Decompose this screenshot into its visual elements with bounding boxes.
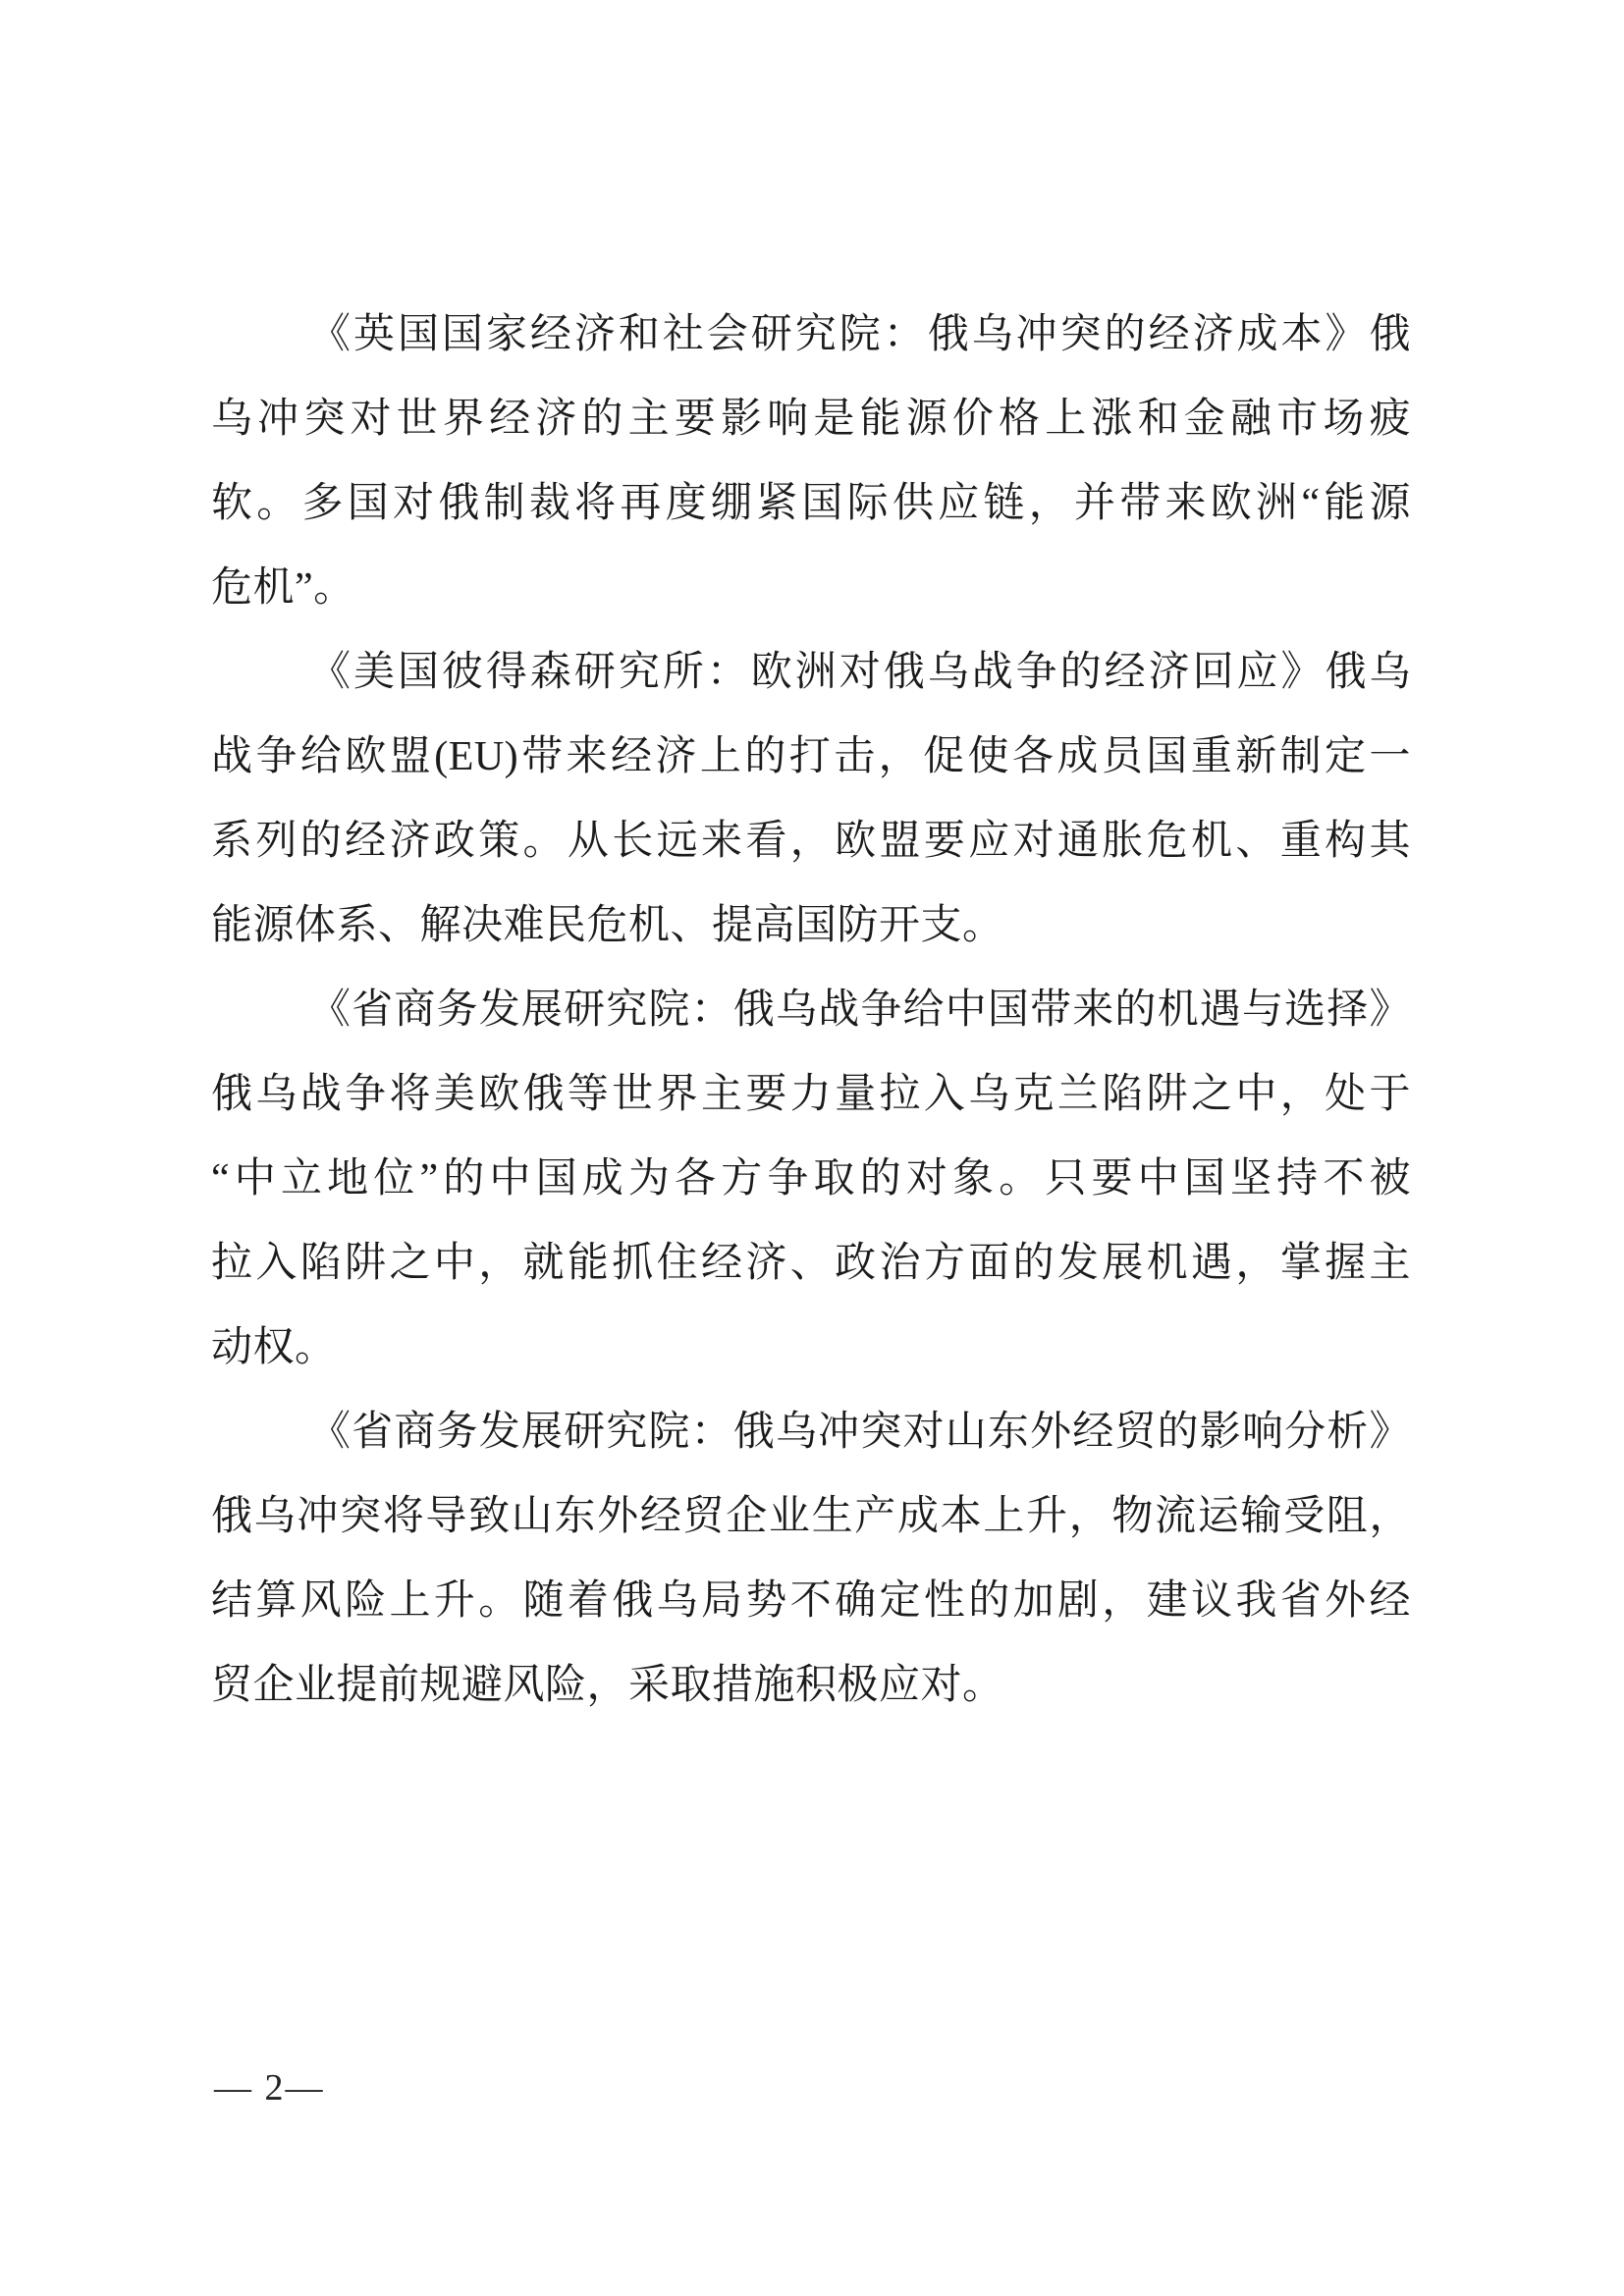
text-line: 软。多国对俄制裁将再度绷紧国际供应链，并带来欧洲“能源: [211, 461, 1411, 546]
document-page: 《英国国家经济和社会研究院：俄乌冲突的经济成本》俄 乌冲突对世界经济的主要影响是…: [0, 0, 1624, 2296]
text-line: 危机”。: [211, 546, 1411, 630]
text-line: 拉入陷阱之中，就能抓住经济、政治方面的发展机遇，掌握主: [211, 1221, 1411, 1306]
text-line: 能源体系、解决难民危机、提高国防开支。: [211, 883, 1411, 968]
text-line: 《英国国家经济和社会研究院：俄乌冲突的经济成本》俄: [211, 293, 1411, 377]
text-line: 俄乌冲突将导致山东外经贸企业生产成本上升，物流运输受阻，: [211, 1474, 1411, 1559]
page-number: — 2—: [214, 2063, 325, 2112]
document-body: 《英国国家经济和社会研究院：俄乌冲突的经济成本》俄 乌冲突对世界经济的主要影响是…: [211, 293, 1411, 1728]
text-line: 战争给欧盟(EU)带来经济上的打击，促使各成员国重新制定一: [211, 715, 1411, 799]
text-line: 《省商务发展研究院：俄乌战争给中国带来的机遇与选择》: [211, 968, 1411, 1052]
text-line: 乌冲突对世界经济的主要影响是能源价格上涨和金融市场疲: [211, 377, 1411, 461]
text-line: 《省商务发展研究院：俄乌冲突对山东外经贸的影响分析》: [211, 1390, 1411, 1474]
paragraph: 《英国国家经济和社会研究院：俄乌冲突的经济成本》俄 乌冲突对世界经济的主要影响是…: [211, 293, 1411, 630]
text-line: 系列的经济政策。从长远来看，欧盟要应对通胀危机、重构其: [211, 799, 1411, 883]
paragraph: 《省商务发展研究院：俄乌冲突对山东外经贸的影响分析》 俄乌冲突将导致山东外经贸企…: [211, 1390, 1411, 1728]
text-line: “中立地位”的中国成为各方争取的对象。只要中国坚持不被: [211, 1137, 1411, 1221]
text-line: 《美国彼得森研究所：欧洲对俄乌战争的经济回应》俄乌: [211, 630, 1411, 715]
text-line: 贸企业提前规避风险，采取措施积极应对。: [211, 1643, 1411, 1728]
paragraph: 《省商务发展研究院：俄乌战争给中国带来的机遇与选择》 俄乌战争将美欧俄等世界主要…: [211, 968, 1411, 1390]
paragraph: 《美国彼得森研究所：欧洲对俄乌战争的经济回应》俄乌 战争给欧盟(EU)带来经济上…: [211, 630, 1411, 968]
text-line: 俄乌战争将美欧俄等世界主要力量拉入乌克兰陷阱之中，处于: [211, 1052, 1411, 1137]
text-line: 结算风险上升。随着俄乌局势不确定性的加剧，建议我省外经: [211, 1559, 1411, 1643]
text-line: 动权。: [211, 1306, 1411, 1390]
